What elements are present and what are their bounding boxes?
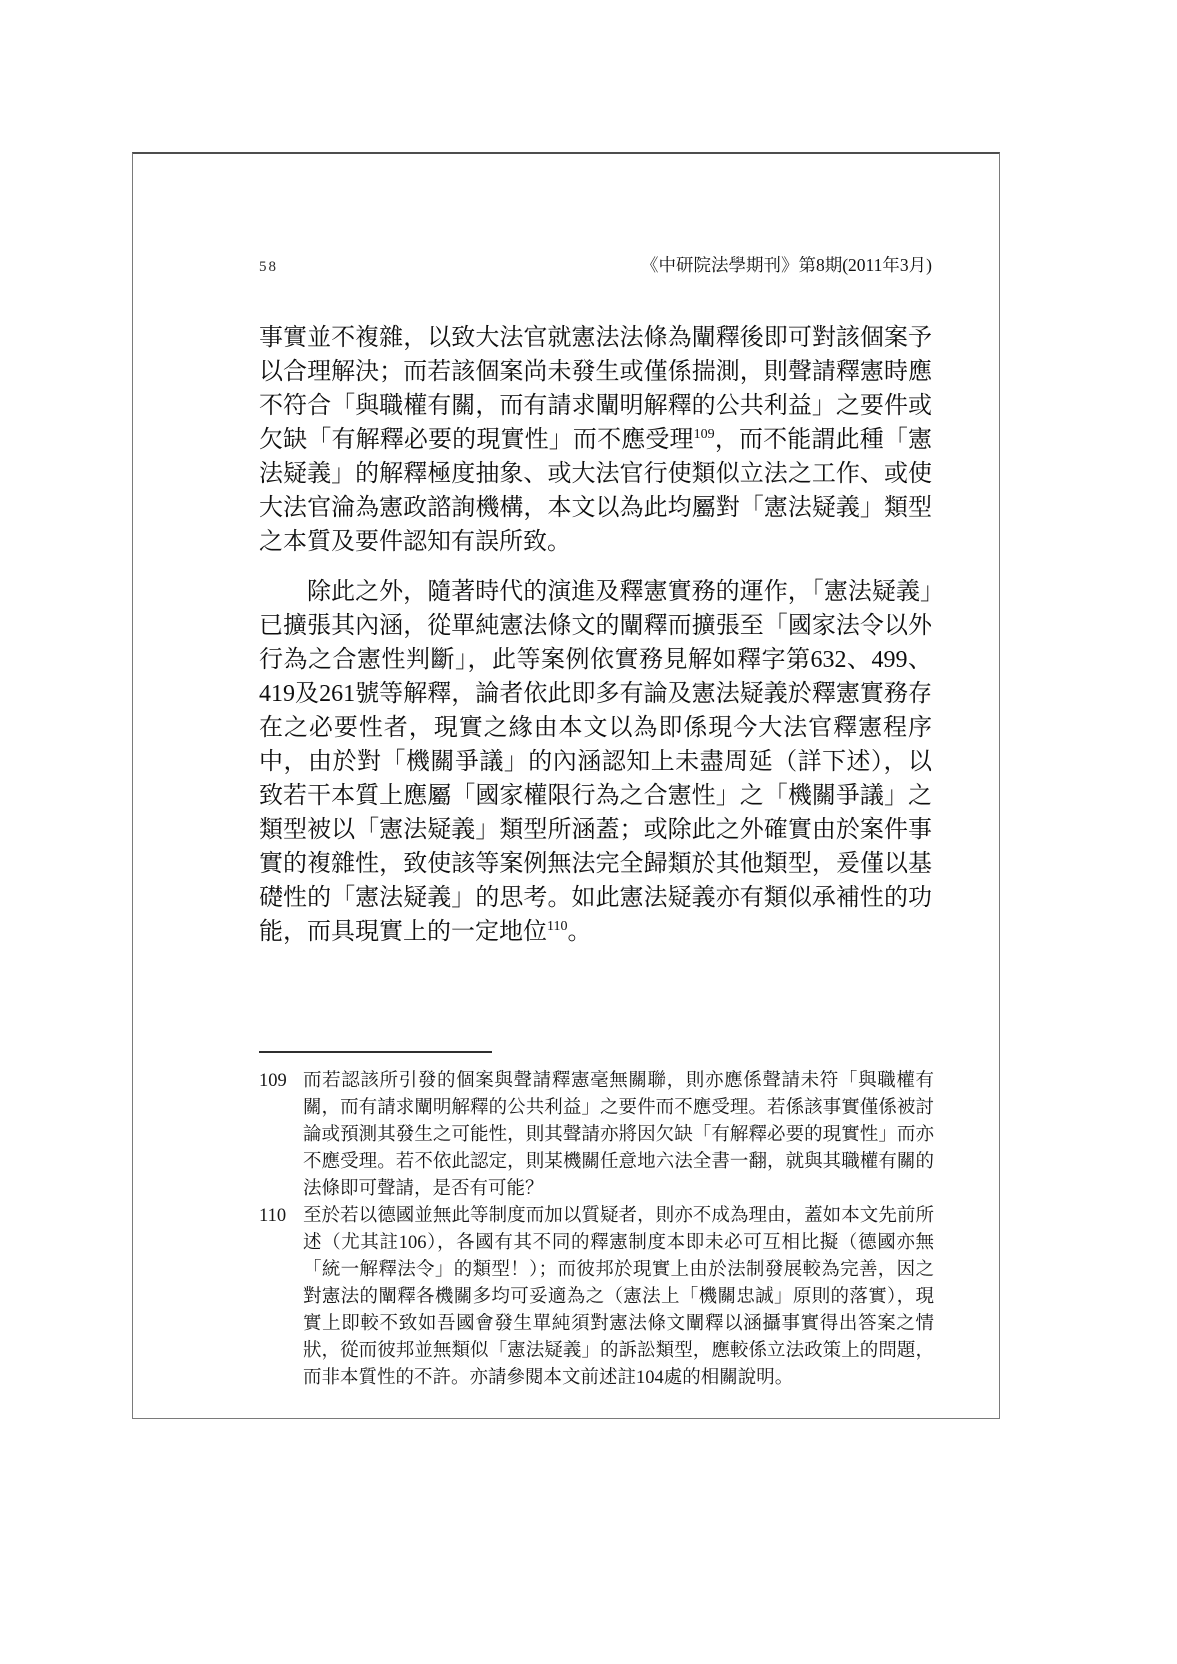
footnote-109-number: 109 — [259, 1068, 303, 1203]
footnotes-section: 109 而若認該所引發的個案與聲請釋憲毫無關聯，則亦應係聲請未符「與職權有關，而… — [259, 1051, 934, 1392]
paragraph-2: 除此之外，隨著時代的演進及釋憲實務的運作，「憲法疑義」已擴張其內涵，從單純憲法條… — [259, 575, 932, 949]
footnote-109-text: 而若認該所引發的個案與聲請釋憲毫無關聯，則亦應係聲請未符「與職權有關，而有請求闡… — [303, 1068, 934, 1203]
journal-page: 58 《中研院法學期刊》第8期(2011年3月) 事實並不複雜，以致大法官就憲法… — [132, 152, 1000, 1419]
body-text: 事實並不複雜，以致大法官就憲法法條為闡釋後即可對該個案予以合理解決；而若該個案尚… — [259, 321, 932, 949]
footnote-separator — [259, 1051, 492, 1053]
paragraph-2-text: 除此之外，隨著時代的演進及釋憲實務的運作，「憲法疑義」已擴張其內涵，從單純憲法條… — [259, 579, 932, 945]
footnote-ref-110: 110 — [547, 919, 567, 934]
paragraph-2-text-cont: 。 — [567, 919, 591, 945]
paragraph-1: 事實並不複雜，以致大法官就憲法法條為闡釋後即可對該個案予以合理解決；而若該個案尚… — [259, 321, 932, 559]
footnote-110-text: 至於若以德國並無此等制度而加以質疑者，則亦不成為理由，蓋如本文先前所述（尤其註1… — [303, 1203, 934, 1392]
footnote-110-number: 110 — [259, 1203, 303, 1392]
page-header: 58 《中研院法學期刊》第8期(2011年3月) — [259, 252, 932, 277]
footnote-110: 110 至於若以德國並無此等制度而加以質疑者，則亦不成為理由，蓋如本文先前所述（… — [259, 1203, 934, 1392]
page-number: 58 — [259, 259, 278, 276]
footnote-109: 109 而若認該所引發的個案與聲請釋憲毫無關聯，則亦應係聲請未符「與職權有關，而… — [259, 1068, 934, 1203]
journal-title: 《中研院法學期刊》第8期(2011年3月) — [641, 252, 932, 277]
footnote-ref-109: 109 — [694, 427, 715, 442]
